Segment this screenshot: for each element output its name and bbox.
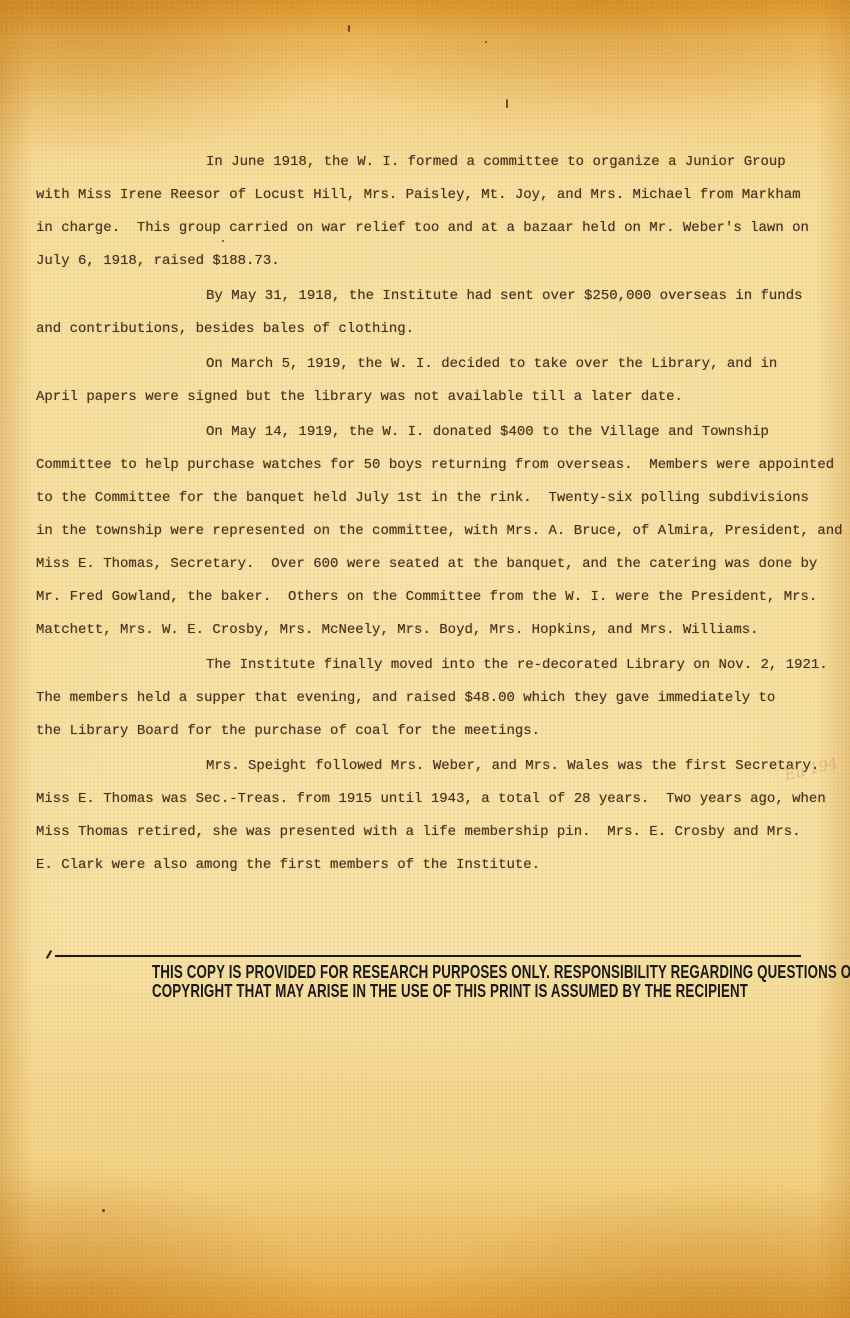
stamp-rule-line (55, 955, 801, 957)
typewritten-line: By May 31, 1918, the Institute had sent … (36, 280, 840, 313)
typewritten-line: with Miss Irene Reesor of Locust Hill, M… (36, 179, 840, 212)
typewritten-line: in the township were represented on the … (36, 515, 840, 548)
typewritten-line: On March 5, 1919, the W. I. decided to t… (36, 348, 840, 381)
paper-speck (348, 25, 350, 32)
typewritten-line: April papers were signed but the library… (36, 381, 840, 414)
typewritten-line: Matchett, Mrs. W. E. Crosby, Mrs. McNeel… (36, 614, 840, 647)
typewritten-line: The members held a supper that evening, … (36, 682, 840, 715)
typewritten-line: Miss E. Thomas, Secretary. Over 600 were… (36, 548, 840, 581)
stamp-line-1: THIS COPY IS PROVIDED FOR RESEARCH PURPO… (152, 963, 704, 982)
stamp-line-2: COPYRIGHT THAT MAY ARISE IN THE USE OF T… (152, 982, 704, 1001)
research-stamp: THIS COPY IS PROVIDED FOR RESEARCH PURPO… (55, 955, 801, 1001)
paper-speck (506, 99, 508, 108)
typewritten-line: Miss E. Thomas was Sec.-Treas. from 1915… (36, 783, 840, 816)
typewritten-line: the Library Board for the purchase of co… (36, 715, 840, 748)
typewritten-line: On May 14, 1919, the W. I. donated $400 … (36, 416, 840, 449)
typewriter-text: In June 1918, the W. I. formed a committ… (36, 146, 840, 882)
paper-speck (485, 41, 487, 43)
typewritten-line: Mr. Fred Gowland, the baker. Others on t… (36, 581, 840, 614)
typewritten-line: July 6, 1918, raised $188.73. (36, 245, 840, 278)
typewritten-line: The Institute finally moved into the re-… (36, 649, 840, 682)
typewritten-line: in charge. This group carried on war rel… (36, 212, 840, 245)
typewritten-line: and contributions, besides bales of clot… (36, 313, 840, 346)
typewritten-line: to the Committee for the banquet held Ju… (36, 482, 840, 515)
typewritten-line: Committee to help purchase watches for 5… (36, 449, 840, 482)
typewritten-line: Miss Thomas retired, she was presented w… (36, 816, 840, 849)
paper-speck (102, 1209, 105, 1212)
typewritten-line: Mrs. Speight followed Mrs. Weber, and Mr… (36, 750, 840, 783)
typewritten-line: In June 1918, the W. I. formed a committ… (36, 146, 840, 179)
scanned-page: In June 1918, the W. I. formed a committ… (0, 0, 850, 1318)
typewritten-line: E. Clark were also among the first membe… (36, 849, 840, 882)
